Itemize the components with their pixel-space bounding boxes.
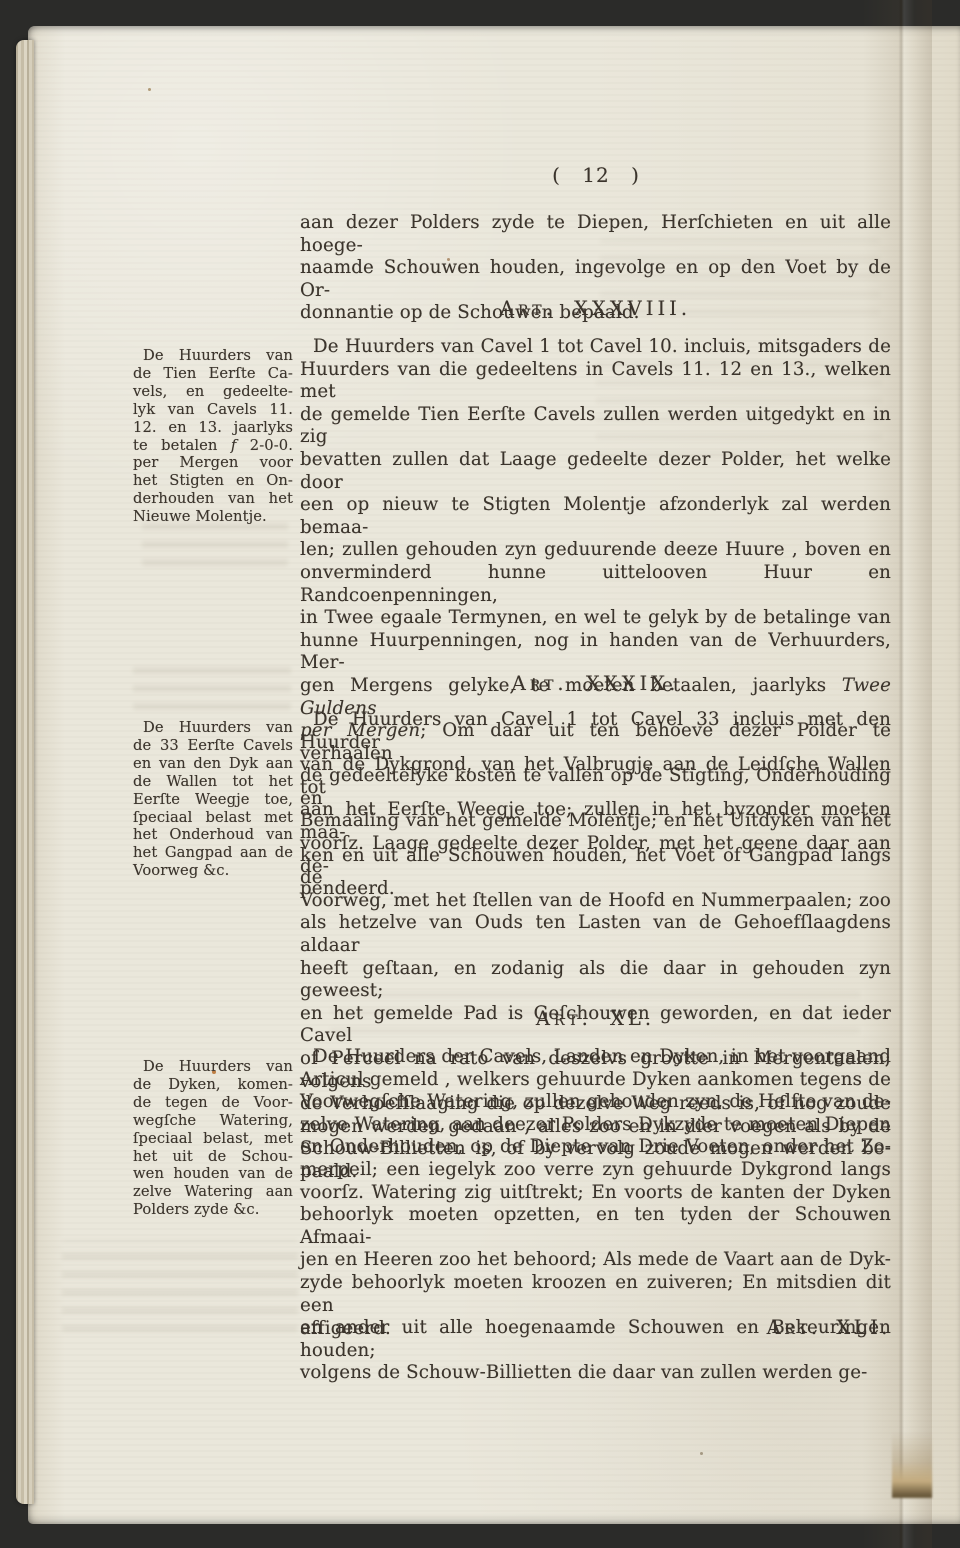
text-line: De Huurders der Cavels, Landen en Dyken,…	[300, 1046, 891, 1069]
text-line: het Stigten en On-	[133, 472, 293, 490]
text-line: voorſz. Watering zig uitſtrekt; En voort…	[300, 1182, 891, 1205]
text-line: merpeil; een iegelyk zoo verre zyn gehuu…	[300, 1159, 891, 1182]
article-38-heading: Art. XXXVIII.	[300, 297, 891, 320]
text-line: De Huurders van	[133, 1058, 293, 1076]
article-40-last-words: affigeerd.	[300, 1318, 391, 1341]
text-line: naamde Schouwen houden, ingevolge en op …	[300, 257, 891, 302]
article-38-margin-note: De Huurders vande Tien Eerſte Ca-vels, e…	[133, 347, 293, 526]
text-line: Voorwegſche Watering, zullen gehouden zy…	[300, 1091, 891, 1114]
text-line: ken en uit alle Schouwen houden, het Voe…	[300, 845, 891, 890]
text-line: len; zullen gehouden zyn geduurende deez…	[300, 539, 891, 562]
text-line: wen houden van de	[133, 1165, 293, 1183]
text-line: Voorweg, met het ſtellen van de Hoofd en…	[300, 890, 891, 913]
text-line: per Mergen voor	[133, 454, 293, 472]
text-line: ſpeciaal belast, met	[133, 1130, 293, 1148]
text-line: hunne Huurpenningen, nog in handen van d…	[300, 630, 891, 675]
text-line: heeft geſtaan, en zodanig als die daar i…	[300, 958, 891, 1003]
article-40-last-row: affigeerd. Art. XLI.	[300, 1317, 891, 1341]
text-line: jen en Heeren zoo het behoord; Als mede …	[300, 1249, 891, 1272]
text-line: lyk van Cavels 11.	[133, 401, 293, 419]
foxing-spot	[148, 88, 151, 91]
text-line: bevatten zullen dat Laage gedeelte dezer…	[300, 449, 891, 494]
page-number: ( 12 )	[300, 163, 892, 187]
article-40-heading: Art. XL.	[300, 1007, 891, 1030]
foxing-spot	[700, 1452, 703, 1455]
text-line: de tegen de Voor-	[133, 1094, 293, 1112]
text-line: en Onderhouden, op de Diepte van Drie Vo…	[300, 1136, 891, 1159]
text-line: de Dyken, komen-	[133, 1076, 293, 1094]
text-line: De Huurders van Cavel 1 tot Cavel 10. in…	[300, 336, 891, 359]
text-line: Huurders van die gedeeltens in Cavels 11…	[300, 359, 891, 404]
text-line: het Gangpad aan de	[133, 844, 293, 862]
text-line: de Tien Eerſte Ca-	[133, 365, 293, 383]
text-line: De Huurders van Cavel 1 tot Cavel 33 inc…	[300, 709, 891, 754]
article-39-margin-note: De Huurders vande 33 Eerſte Cavelsen van…	[133, 719, 293, 880]
text-line: en van den Dyk aan	[133, 755, 293, 773]
gutter-page-edges	[892, 1432, 932, 1498]
bleedthrough-smudge	[133, 656, 291, 710]
text-line: behoorlyk moeten opzetten, en ten tyden …	[300, 1204, 891, 1249]
text-line: van de Dykgrond, van het Valbrugje aan d…	[300, 754, 891, 799]
text-line: de 33 Eerſte Cavels	[133, 737, 293, 755]
text-line: Voorweg &c.	[133, 862, 293, 880]
text-line: te betalen f 2-0-0.	[133, 437, 293, 455]
text-line: Eerſte Weegje toe,	[133, 791, 293, 809]
text-line: 12. en 13. jaarlyks	[133, 419, 293, 437]
bleedthrough-smudge	[62, 1240, 298, 1332]
text-line: De Huurders van	[133, 347, 293, 365]
text-line: als hetzelve van Ouds ten Lasten van de …	[300, 912, 891, 957]
article-41-heading: Art. XLI.	[767, 1317, 891, 1340]
text-line: derhouden van het	[133, 490, 293, 508]
text-line: wegſche Watering,	[133, 1112, 293, 1130]
text-line: Articul gemeld , welkers gehuurde Dyken …	[300, 1069, 891, 1092]
text-line: de Wallen tot het	[133, 773, 293, 791]
scanned-book-page: ( 12 ) aan dezer Polders zyde te Diepen,…	[0, 0, 960, 1548]
text-line: zyde behoorlyk moeten kroozen en zuivere…	[300, 1272, 891, 1317]
text-line: Polders zyde &c.	[133, 1201, 293, 1219]
last-line-row: affigeerd. Art. XLI.	[300, 1317, 891, 1341]
article-40-margin-note: De Huurders vande Dyken, komen-de tegen …	[133, 1058, 293, 1219]
text-line: vels, en gedeelte-	[133, 383, 293, 401]
text-line: het uit de Schou-	[133, 1148, 293, 1166]
text-line: aan dezer Polders zyde te Diepen, Herſch…	[300, 212, 891, 257]
text-line: De Huurders van	[133, 719, 293, 737]
text-line: ſpeciaal belast met	[133, 809, 293, 827]
text-line: volgens de Schouw-Billietten die daar va…	[300, 1362, 891, 1385]
page-stack-edge	[16, 40, 34, 1504]
text-line: Nieuwe Molentje.	[133, 508, 293, 526]
text-line: een op nieuw te Stigten Molentje afzonde…	[300, 494, 891, 539]
text-line: aan het Eerſte Weegje toe; zullen in het…	[300, 799, 891, 844]
article-39-heading: Art. XXXIX.	[300, 672, 891, 695]
text-line: zelve Watering aan	[133, 1183, 293, 1201]
text-line: zelve Watering, aan deezer Polders Dykzy…	[300, 1114, 891, 1137]
text-line: in Twee egaale Termynen, en wel te gelyk…	[300, 607, 891, 630]
text-line: het Onderhoud van	[133, 826, 293, 844]
text-line: de gemelde Tien Eerſte Cavels zullen wer…	[300, 404, 891, 449]
text-line: onverminderd hunne uittelooven Huur en R…	[300, 562, 891, 607]
